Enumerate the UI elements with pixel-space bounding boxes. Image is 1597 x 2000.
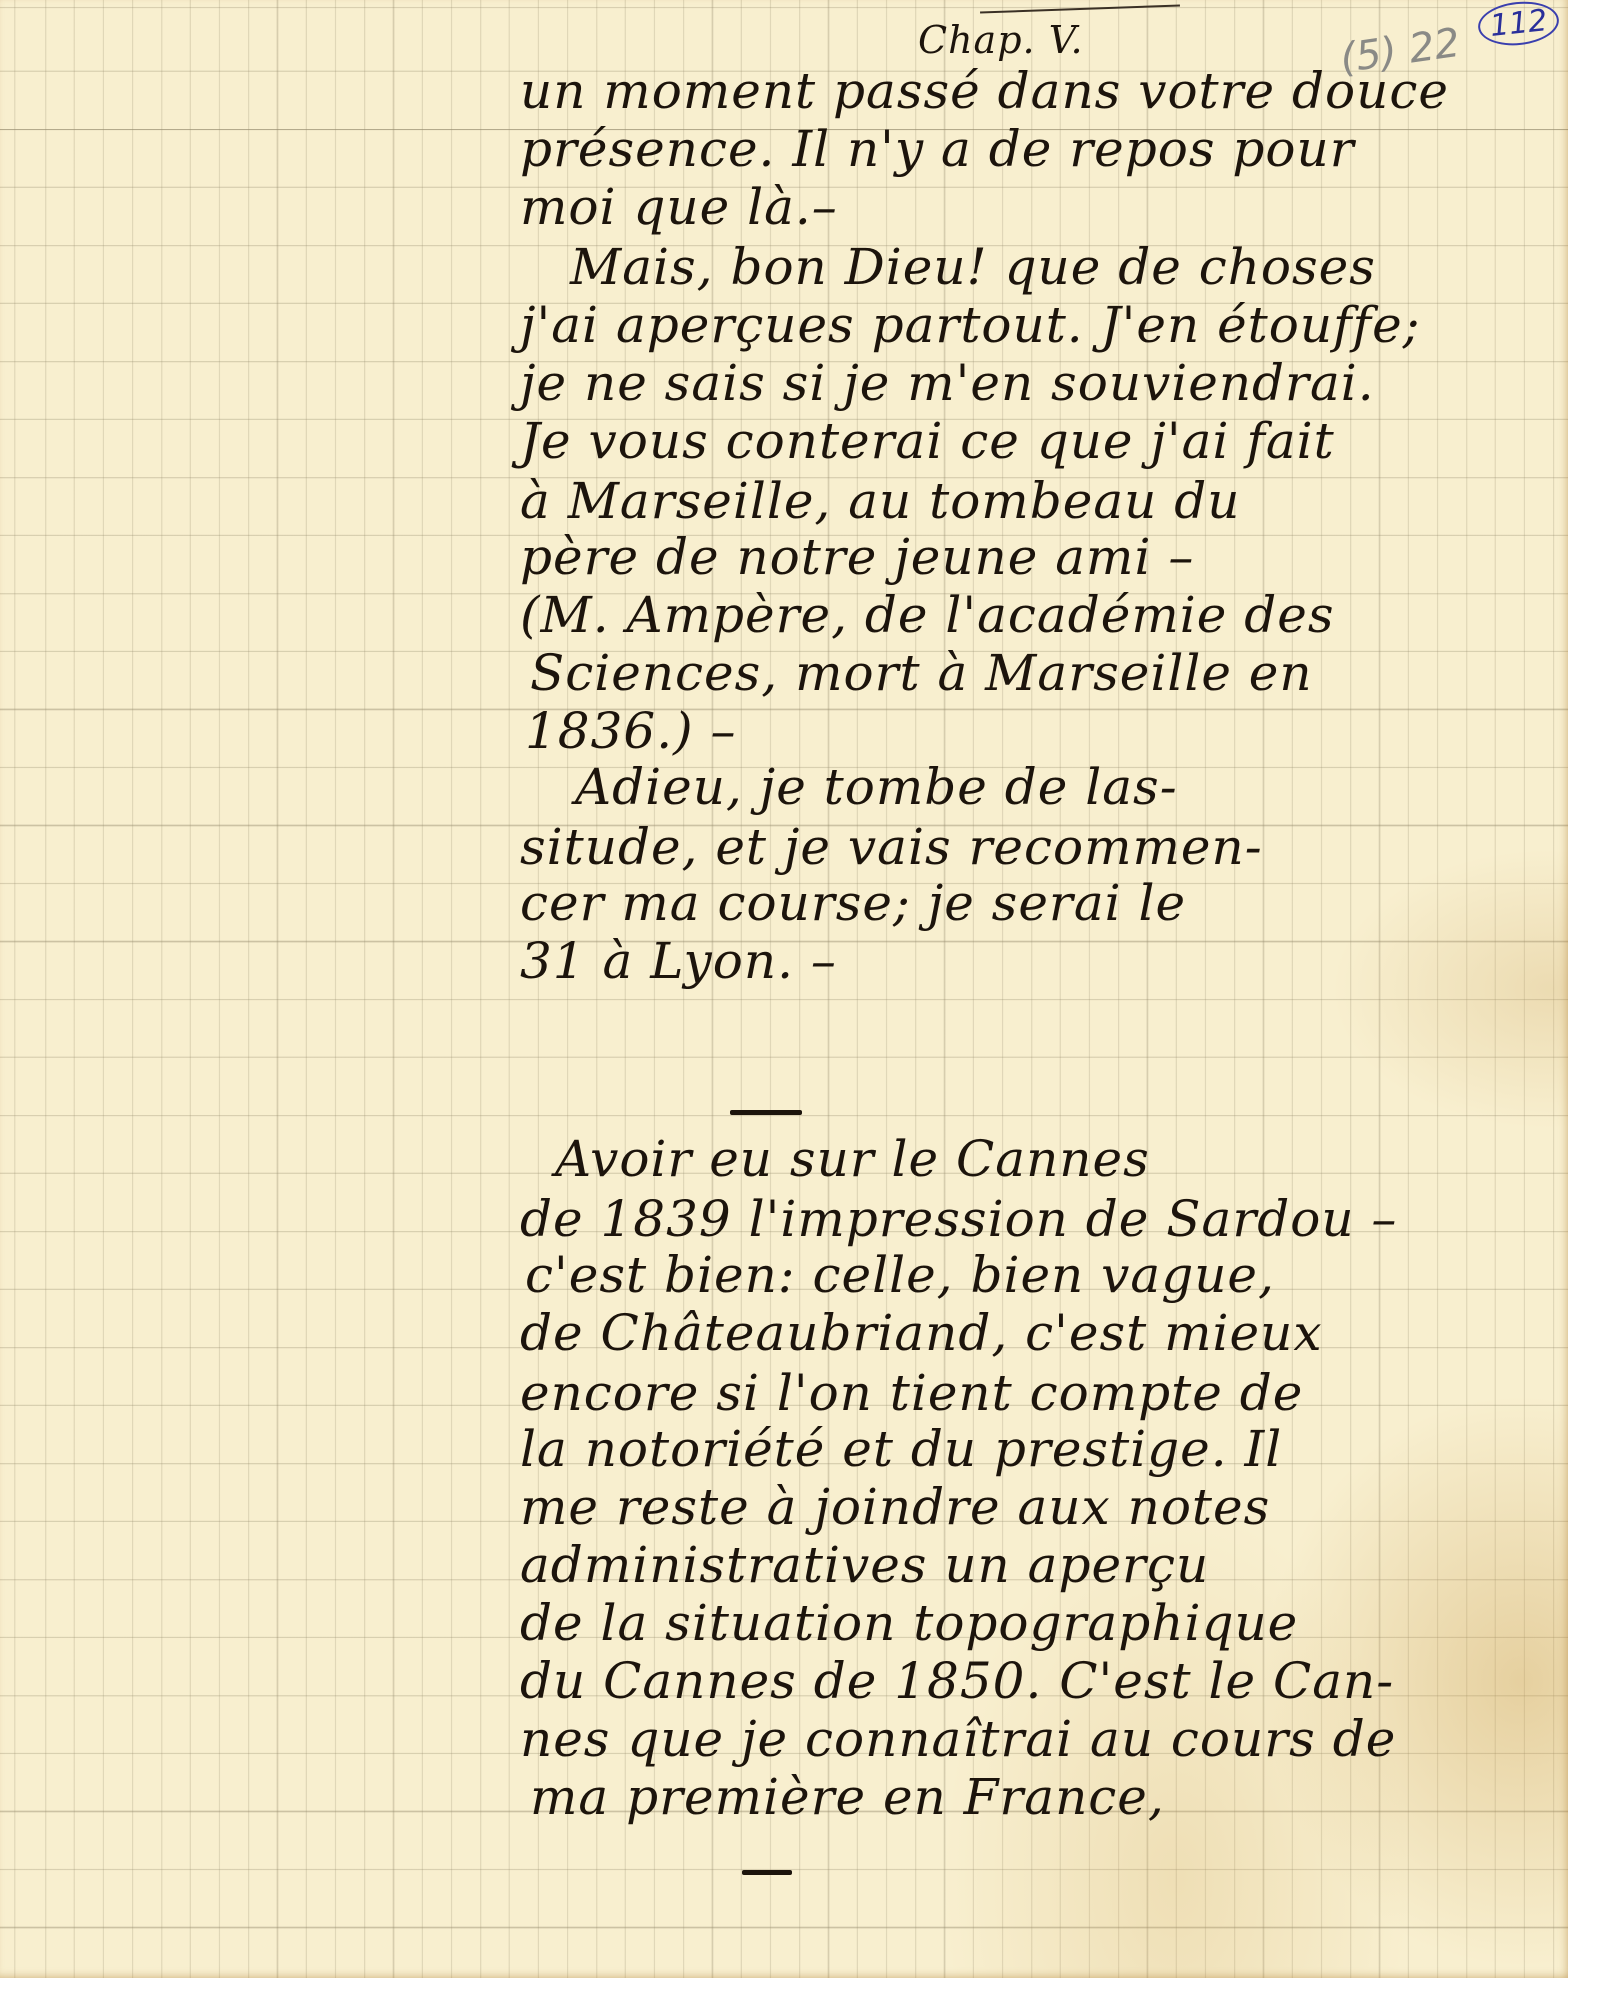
text-line: encore si l'on tient compte de — [520, 1364, 1303, 1422]
chapter-heading: Chap. V. — [918, 18, 1084, 62]
text-line: je ne sais si je m'en souviendrai. — [520, 354, 1375, 412]
text-line: Avoir eu sur le Cannes — [555, 1130, 1150, 1188]
text-line: la notoriété et du prestige. Il — [520, 1420, 1282, 1478]
text-line: c'est bien: celle, bien vague, — [525, 1246, 1275, 1304]
text-line: de la situation topographique — [520, 1594, 1298, 1652]
text-line: Mais, bon Dieu! que de choses — [570, 238, 1376, 296]
text-line: (M. Ampère, de l'académie des — [520, 586, 1334, 644]
section-divider — [730, 1110, 802, 1115]
text-line: un moment passé dans votre douce — [520, 62, 1449, 120]
text-line: du Cannes de 1850. C'est le Can- — [520, 1652, 1394, 1710]
text-line: Sciences, mort à Marseille en — [530, 644, 1313, 702]
text-line: 1836.) – — [525, 702, 737, 760]
text-line: administratives un aperçu — [520, 1536, 1209, 1594]
folio-stamp: 112 — [1476, 0, 1561, 49]
heading-overline — [980, 5, 1180, 14]
text-line: Je vous conterai ce que j'ai fait — [520, 412, 1335, 470]
manuscript-page: Chap. V. (5) 22 112 un moment passé dans… — [0, 0, 1568, 1978]
text-line: à Marseille, au tombeau du — [520, 472, 1240, 530]
text-line: j'ai aperçues partout. J'en étouffe; — [520, 296, 1421, 354]
text-line: de Châteaubriand, c'est mieux — [520, 1304, 1323, 1362]
text-line: Adieu, je tombe de las- — [575, 758, 1178, 816]
text-line: cer ma course; je serai le — [520, 874, 1186, 932]
text-line: de 1839 l'impression de Sardou – — [520, 1190, 1397, 1248]
text-line: me reste à joindre aux notes — [520, 1478, 1270, 1536]
text-line: nes que je connaîtrai au cours de — [520, 1710, 1396, 1768]
text-line: moi que là.– — [520, 178, 838, 236]
text-line: situde, et je vais recommen- — [520, 818, 1263, 876]
text-line: ma première en France, — [530, 1768, 1165, 1826]
text-line: présence. Il n'y a de repos pour — [520, 120, 1355, 178]
text-line: 31 à Lyon. – — [520, 932, 837, 990]
text-line: père de notre jeune ami – — [520, 528, 1194, 586]
section-divider — [742, 1870, 792, 1875]
